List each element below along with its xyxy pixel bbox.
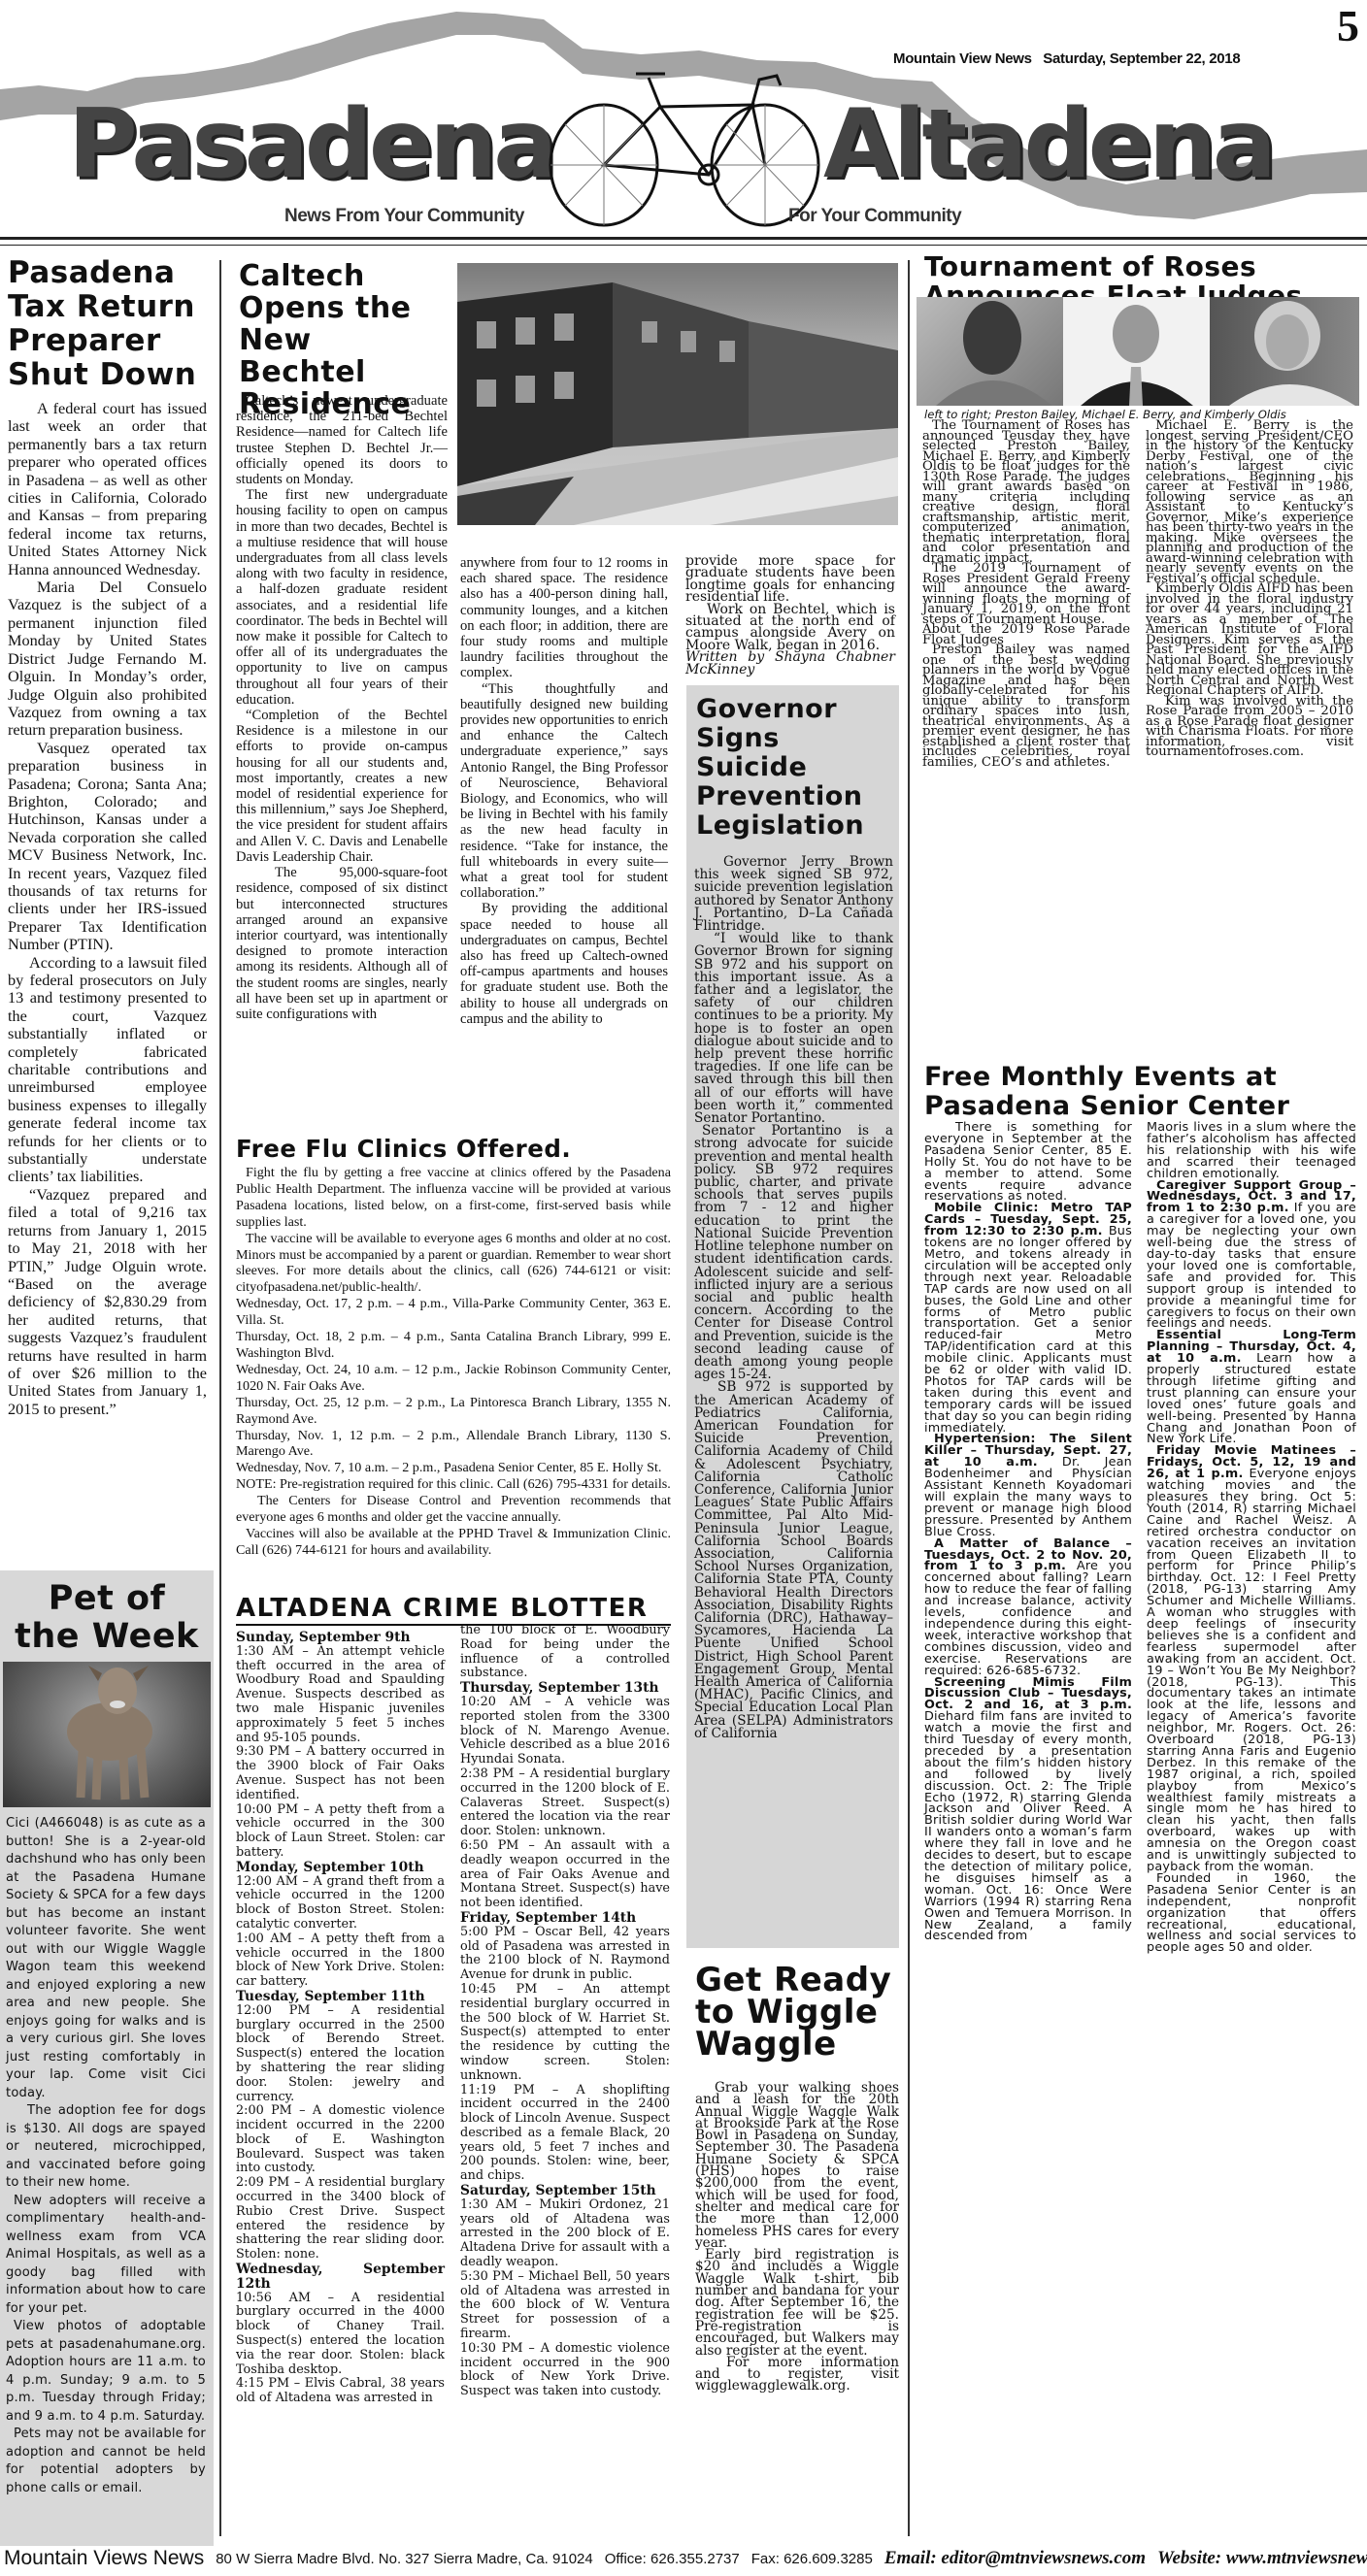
blotter-entry: 12:00 PM – A residential burglary occurr… <box>236 2004 445 2105</box>
article-paragraph: Fight the flu by getting a free vaccine … <box>236 1165 671 1231</box>
article-paragraph: The 95,000-square-foot residence, compos… <box>236 865 448 1022</box>
blotter-entry: 10:20 AM – A vehicle was reported stolen… <box>460 1696 670 1767</box>
blotter-entry: 2:38 PM – A residential burglary occurre… <box>460 1767 670 1839</box>
clinic-listing: Thursday, Oct. 18, 2 p.m. – 4 p.m., Sant… <box>236 1329 671 1362</box>
event-description: Bus tokens are no longer offered by Metr… <box>924 1224 1132 1435</box>
clinic-listing: Thursday, Nov. 1, 12 p.m. – 2 p.m., Alle… <box>236 1428 671 1461</box>
event-listing: Hypertension: The Silent Killer – Thursd… <box>924 1434 1132 1537</box>
article-paragraph: “Completion of the Bechtel Residence is … <box>236 708 448 865</box>
article-paragraph: Senator Portantino is a strong advocate … <box>694 1125 893 1381</box>
event-listing: There is something for everyone in Septe… <box>924 1122 1132 1203</box>
article-paragraph: For more information and to register, vi… <box>695 2357 899 2393</box>
footer-website-link[interactable]: Website: www.mtnviewsnews.com <box>1157 2548 1367 2569</box>
article-headline: Get Ready to Wiggle Waggle <box>695 1965 899 2061</box>
judge-photo-preston-bailey <box>917 297 1063 406</box>
logo-pasadena: Pasadena <box>68 89 553 200</box>
footer-office-phone: Office: 626.355.2737 <box>605 2551 740 2567</box>
pet-paragraph: Cici (A466048) is as cute as a button! S… <box>6 1815 206 2102</box>
column-divider <box>219 260 221 2536</box>
pet-headline: Pet of the Week <box>0 1580 214 1656</box>
blotter-entry: 2:00 PM – A domestic violence incident o… <box>236 2104 445 2176</box>
blotter-day-heading: Wednesday, September 12th <box>236 2262 445 2292</box>
blotter-day-heading: Monday, September 10th <box>236 1861 445 1875</box>
blotter-entry: 1:00 AM – A petty theft from a vehicle o… <box>236 1932 445 1990</box>
article-paragraph: By providing the additional space needed… <box>460 901 668 1027</box>
judge-photo-kimberly-oldis <box>1210 297 1359 406</box>
article-paragraph: provide more space for graduate students… <box>685 555 895 604</box>
event-listing: Mobile Clinic: Metro TAP Cards – Tuesday… <box>924 1203 1132 1434</box>
tagline-right: For Your Community <box>788 206 961 227</box>
masthead: 5 Mountain View News Saturday, September… <box>0 0 1367 233</box>
blotter-entry: 10:30 PM – A domestic violence incident … <box>460 2342 670 2399</box>
footer-email-link[interactable]: Email: editor@mtnviewsnews.com <box>884 2548 1146 2569</box>
article-headline: Free Flu Clinics Offered. <box>236 1136 671 1163</box>
event-description: If you are a caregiver for a loved one, … <box>1147 1201 1356 1331</box>
article-headline: Pasadena Tax Return Preparer Shut Down <box>8 256 207 392</box>
event-description: Learn how a properly structured estate t… <box>1147 1351 1356 1446</box>
event-listing: A Matter of Balance – Tuesdays, Oct. 2 t… <box>924 1538 1132 1677</box>
blotter-entry: 5:30 PM – Michael Bell, 50 years old of … <box>460 2270 670 2342</box>
event-description: Founded in 1960, the Pasadena Senior Cen… <box>1147 1871 1356 1955</box>
pet-paragraph: Pets may not be available for adoption a… <box>6 2426 206 2497</box>
article-paragraph: Kim was involved with the Rose Parade fr… <box>1146 697 1353 758</box>
clinic-note: NOTE: Pre-registration required for this… <box>236 1476 671 1493</box>
footer-address: 80 W Sierra Madre Blvd. No. 327 Sierra M… <box>216 2551 593 2567</box>
blotter-day-heading: Thursday, September 13th <box>460 1681 670 1696</box>
blotter-entry: 10:45 PM – An attempt residential burgla… <box>460 1983 670 2084</box>
article-paragraph: anywhere from four to 12 rooms in each s… <box>460 555 668 681</box>
footer-paper-name: Mountain Views News <box>4 2547 204 2570</box>
logo-altadena: Altadena <box>823 89 1273 200</box>
governor-suicide-prevention-box: Governor Signs Suicide Prevention Legisl… <box>686 685 899 1948</box>
article-paragraph: SB 972 is supported by the American Acad… <box>694 1381 893 1740</box>
event-description: Everyone enjoys watching movies and the … <box>1147 1467 1356 1874</box>
article-paragraph: Kimberly Oldis AIFD has been involved in… <box>1146 584 1353 697</box>
event-listing: Friday Movie Matinees – Fridays, Oct. 5,… <box>1147 1445 1356 1873</box>
blotter-entry: 11:19 PM – A shoplifting incident occurr… <box>460 2084 670 2185</box>
blotter-entry: the 100 block of E. Woodbury Road for be… <box>460 1624 670 1681</box>
masthead-rule <box>0 237 1367 246</box>
article-paragraph: The Tournament of Roses has announced Te… <box>922 421 1130 564</box>
pet-of-the-week-box: Pet of the Week Cici (A466048) is as cut… <box>0 1570 214 2546</box>
article-paragraph: Vaccines will also be available at the P… <box>236 1526 671 1559</box>
blotter-entry: 4:15 PM – Elvis Cabral, 38 years old of … <box>236 2377 445 2406</box>
event-title: Mobile Clinic: Metro TAP Cards – Tuesday… <box>924 1201 1132 1238</box>
flu-clinics-article: Free Flu Clinics Offered. Fight the flu … <box>236 1136 671 1559</box>
blotter-entry: 1:30 AM – Mukiri Ordonez, 21 years old o… <box>460 2198 670 2270</box>
pet-photo <box>3 1662 211 1807</box>
event-description: There is something for everyone in Septe… <box>924 1120 1132 1204</box>
article-paragraph: The vaccine will be available to everyon… <box>236 1231 671 1297</box>
article-paragraph: Grab your walking shoes and a leash for … <box>695 2082 899 2249</box>
clinic-listing: Wednesday, Oct. 17, 2 p.m. – 4 p.m., Vil… <box>236 1296 671 1329</box>
article-paragraph: A federal court has issued last week an … <box>8 400 207 578</box>
article-paragraph: “Vazquez prepared and filed a total of 9… <box>8 1186 207 1418</box>
blotter-day-heading: Sunday, September 9th <box>236 1631 445 1645</box>
event-title: Screening Mimis Film Discussion Club – T… <box>924 1675 1132 1713</box>
event-description: Dr. Jean Bodenheimer and Physician Assis… <box>924 1455 1132 1538</box>
masthead-dateline: Mountain View News Saturday, September 2… <box>893 50 1240 67</box>
pet-paragraph: The adoption fee for dogs is $130. All d… <box>6 2102 206 2193</box>
event-description: Maoris lives in a slum where the father’… <box>1147 1120 1356 1181</box>
clinic-listing: Wednesday, Nov. 7, 10 a.m. – 2 p.m., Pas… <box>236 1460 671 1476</box>
bicycle-icon <box>544 58 825 228</box>
blotter-entry: 10:56 AM – A residential burglary occurr… <box>236 2292 445 2378</box>
article-paragraph: Governor Jerry Brown this week signed SB… <box>694 856 893 933</box>
article-paragraph: Early bird registration is $20 and inclu… <box>695 2249 899 2357</box>
column-divider <box>908 260 910 2536</box>
article-paragraph: The Centers for Disease Control and Prev… <box>236 1493 671 1526</box>
page-number: 5 <box>1337 0 1359 51</box>
clinic-listing: Thursday, Oct. 25, 12 p.m. – 2 p.m., La … <box>236 1395 671 1428</box>
blotter-headline: ALTADENA CRIME BLOTTER <box>236 1595 673 1622</box>
article-paragraph: The 2019 Tournament of Roses President G… <box>922 564 1130 625</box>
blotter-day-heading: Tuesday, September 11th <box>236 1990 445 2004</box>
bechtel-residence-photo <box>457 263 898 525</box>
tax-preparer-article: Pasadena Tax Return Preparer Shut Down A… <box>8 256 207 1418</box>
event-listing: Caregiver Support Group – Wednesdays, Oc… <box>1147 1180 1356 1331</box>
article-paragraph: Vasquez operated tax preparation busines… <box>8 740 207 954</box>
clinic-listing: Wednesday, Oct. 24, 10 a.m. – 12 p.m., J… <box>236 1362 671 1395</box>
article-paragraph: According to a lawsuit filed by federal … <box>8 954 207 1186</box>
page-footer: Mountain Views News 80 W Sierra Madre Bl… <box>0 2544 1367 2573</box>
event-listing: Essential Long-Term Planning – Thursday,… <box>1147 1330 1356 1445</box>
pet-paragraph: View photos of adoptable pets at pasaden… <box>6 2318 206 2426</box>
blotter-day-heading: Saturday, September 15th <box>460 2184 670 2198</box>
article-paragraph: Preston Bailey was named one of the best… <box>922 645 1130 768</box>
tagline-left: News From Your Community <box>284 206 524 227</box>
blotter-entry: 5:00 PM – Oscar Bell, 42 years old of Pa… <box>460 1926 670 1983</box>
event-description: Are you concerned about falling? Learn h… <box>924 1559 1132 1677</box>
judge-photo-michael-berry <box>1063 297 1210 406</box>
event-listing: Founded in 1960, the Pasadena Senior Cen… <box>1147 1873 1356 1954</box>
event-listing: Maoris lives in a slum where the father’… <box>1147 1122 1356 1180</box>
paper-name: Mountain View News <box>893 50 1032 67</box>
pet-paragraph: New adopters will receive a complimentar… <box>6 2193 206 2319</box>
article-paragraph: Work on Bechtel, which is situated at th… <box>685 604 895 652</box>
blotter-entry: 1:30 AM – An attempt vehicle theft occur… <box>236 1645 445 1746</box>
wiggle-waggle-article: Get Ready to Wiggle Waggle Grab your wal… <box>695 1965 899 2393</box>
blotter-day-heading: Friday, September 14th <box>460 1911 670 1926</box>
article-paragraph: “This thoughtfully and beautifully desig… <box>460 681 668 902</box>
event-description: Diehard film fans are invited to watch a… <box>924 1709 1132 1943</box>
article-paragraph: Michael E. Berry is the longest serving … <box>1146 421 1353 584</box>
article-headline: Free Monthly Events at Pasadena Senior C… <box>924 1063 1356 1121</box>
article-paragraph: Caltech’s newest undergraduate residence… <box>236 393 448 487</box>
blotter-entry: 12:00 AM – A grand theft from a vehicle … <box>236 1875 445 1932</box>
blotter-entry: 10:00 PM – A petty theft from a vehicle … <box>236 1803 445 1861</box>
blotter-entry: 6:50 PM – An assault with a deadly weapo… <box>460 1839 670 1911</box>
article-paragraph: Maria Del Consuelo Vazquez is the subjec… <box>8 578 207 740</box>
issue-date: Saturday, September 22, 2018 <box>1043 50 1240 67</box>
footer-fax: Fax: 626.609.3285 <box>751 2551 873 2567</box>
dog-icon <box>3 1662 211 1807</box>
blotter-entry: 2:09 PM – A residential burglary occurre… <box>236 2176 445 2262</box>
article-paragraph: “I would like to thank Governor Brown fo… <box>694 933 893 1125</box>
article-paragraph: The first new undergraduate housing faci… <box>236 487 448 708</box>
article-headline: Governor Signs Suicide Prevention Legisl… <box>696 695 891 841</box>
blotter-entry: 9:30 PM – A battery occurred in the 3900… <box>236 1745 445 1802</box>
event-listing: Screening Mimis Film Discussion Club – T… <box>924 1677 1132 1943</box>
article-byline: Written by Shayna Chabner McKinney <box>685 651 895 676</box>
